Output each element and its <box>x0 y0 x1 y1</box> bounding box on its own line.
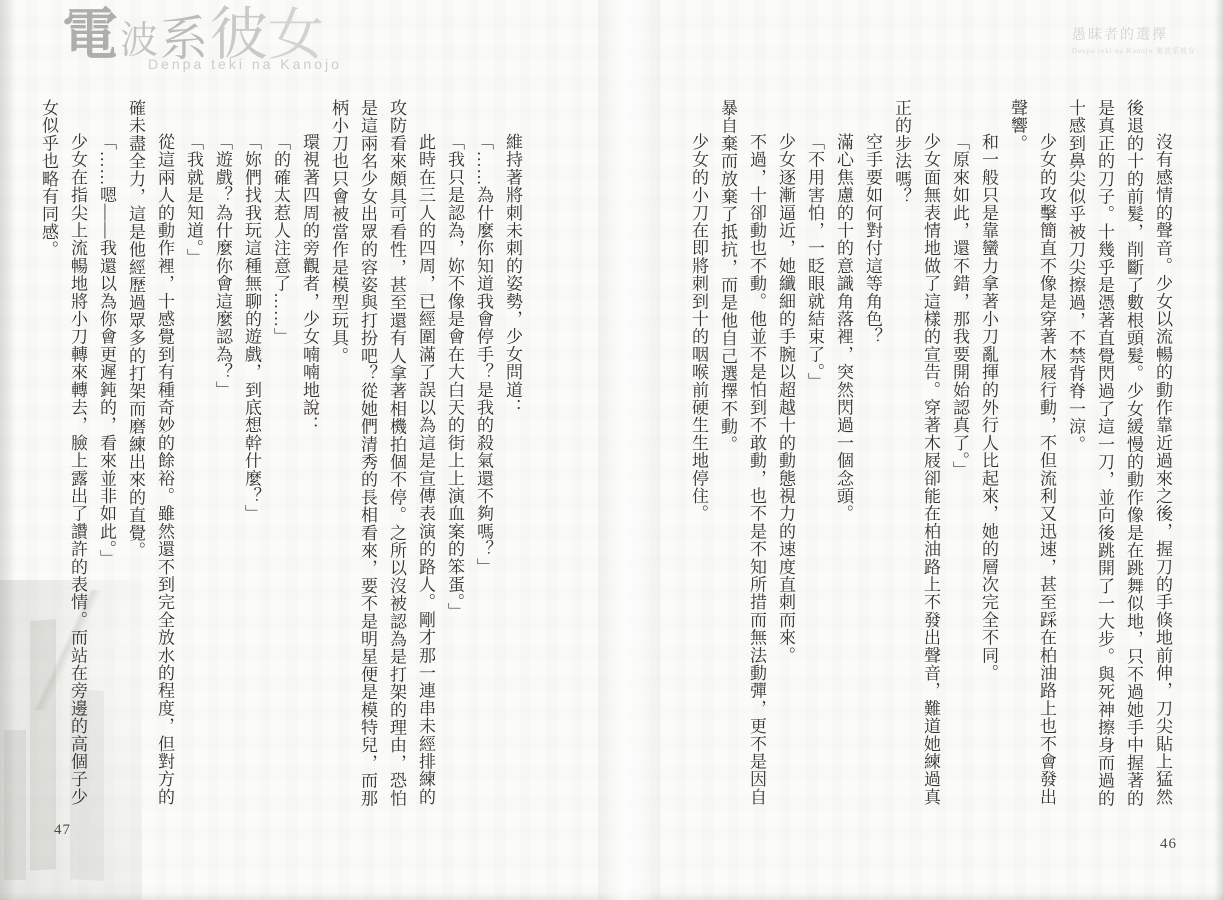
paragraph: 「我就是知道。」 <box>179 99 208 811</box>
paragraph: 從這兩人的動作裡，十感覺到有種奇妙的餘裕。雖然還不到完全放水的程度，但對方的確未… <box>121 99 179 811</box>
paragraph: 和一般只是靠蠻力拿著小刀亂揮的外行人比起來，她的層次完全不同。 <box>974 99 1003 811</box>
paragraph: 不過，十卻動也不動。他並不是怕到不敢動，也不是不知所措而無法動彈，更不是因自暴自… <box>713 99 771 811</box>
series-title-romaji: Denpa teki na Kanojo <box>148 56 342 72</box>
paragraph: 「……嗯——我還以為你會更遲鈍的，看來並非如此。」 <box>92 99 121 811</box>
paragraph: 「的確太惹人注意了……」 <box>266 99 295 811</box>
page-left-47-text: 維持著將刺未刺的姿勢，少女問道： 「……為什麼你知道我會停手？是我的殺氣還不夠嗎… <box>34 99 527 811</box>
right-page-edge-shading <box>1214 0 1224 900</box>
paragraph: 「原來如此，還不錯，那我要開始認真了。」 <box>945 99 974 811</box>
page-gutter <box>598 0 660 900</box>
page-number-right: 46 <box>1160 836 1177 853</box>
paragraph: 滿心焦慮的十的意識角落裡，突然閃過一個念頭。 <box>829 99 858 811</box>
paragraph: 「……為什麼你知道我會停手？是我的殺氣還不夠嗎？」 <box>469 99 498 811</box>
volume-subtitle-mark: 愚昧者的選擇 Denpa teki na Kanojo 電波系彼女 <box>1072 24 1196 56</box>
paragraph: 「不用害怕，一眨眼就結束了。」 <box>800 99 829 811</box>
paragraph: 「我只是認為，妳不像是會在大白天的街上上演血案的笨蛋。」 <box>440 99 469 811</box>
paragraph: 少女面無表情地做了這樣的宣告。穿著木屐卻能在柏油路上不發出聲音，難道她練過真正的… <box>887 99 945 811</box>
page-number-left: 47 <box>54 822 71 839</box>
paragraph: 「遊戲？為什麼你會這麼認為？」 <box>208 99 237 811</box>
paragraph: 少女的攻擊簡直不像是穿著木屐行動，不但流利又迅速，甚至踩在柏油路上也不會發出聲響… <box>1003 99 1061 811</box>
paragraph: 少女的小刀在即將刺到十的咽喉前硬生生地停住。 <box>684 99 713 811</box>
book-spread-scan: 電波系彼女 Denpa teki na Kanojo 愚昧者的選擇 Denpa … <box>0 0 1224 900</box>
page-right-46-text: 沒有感情的聲音。少女以流暢的動作靠近過來之後，握刀的手倏地前伸，刀尖貼上猛然後退… <box>684 99 1177 811</box>
paragraph: 少女逐漸逼近，她纖細的手腕以超越十的動態視力的速度直刺而來。 <box>771 99 800 811</box>
paragraph: 「妳們找我玩這種無聊的遊戲，到底想幹什麼？」 <box>237 99 266 811</box>
paragraph: 沒有感情的聲音。少女以流暢的動作靠近過來之後，握刀的手倏地前伸，刀尖貼上猛然後退… <box>1061 99 1177 811</box>
paragraph: 維持著將刺未刺的姿勢，少女問道： <box>498 99 527 811</box>
photo-building-shape <box>4 730 26 880</box>
paragraph: 此時在三人的四周，已經圍滿了誤以為這是宣傳表演的路人。剛才那一連串未經排練的攻防… <box>324 99 440 811</box>
logo-char: 電 <box>62 8 118 64</box>
logo-char: 波 <box>120 22 158 60</box>
paragraph: 環視著四周的旁觀者，少女喃喃地說： <box>295 99 324 811</box>
volume-subtitle: 愚昧者的選擇 <box>1072 24 1196 44</box>
paragraph: 空手要如何對付這等角色？ <box>858 99 887 811</box>
paragraph: 少女在指尖上流暢地將小刀轉來轉去，臉上露出了讚許的表情。而站在旁邊的高個子少女似… <box>34 99 92 811</box>
volume-subtitle-romaji: Denpa teki na Kanojo 電波系彼女 <box>1072 46 1196 56</box>
